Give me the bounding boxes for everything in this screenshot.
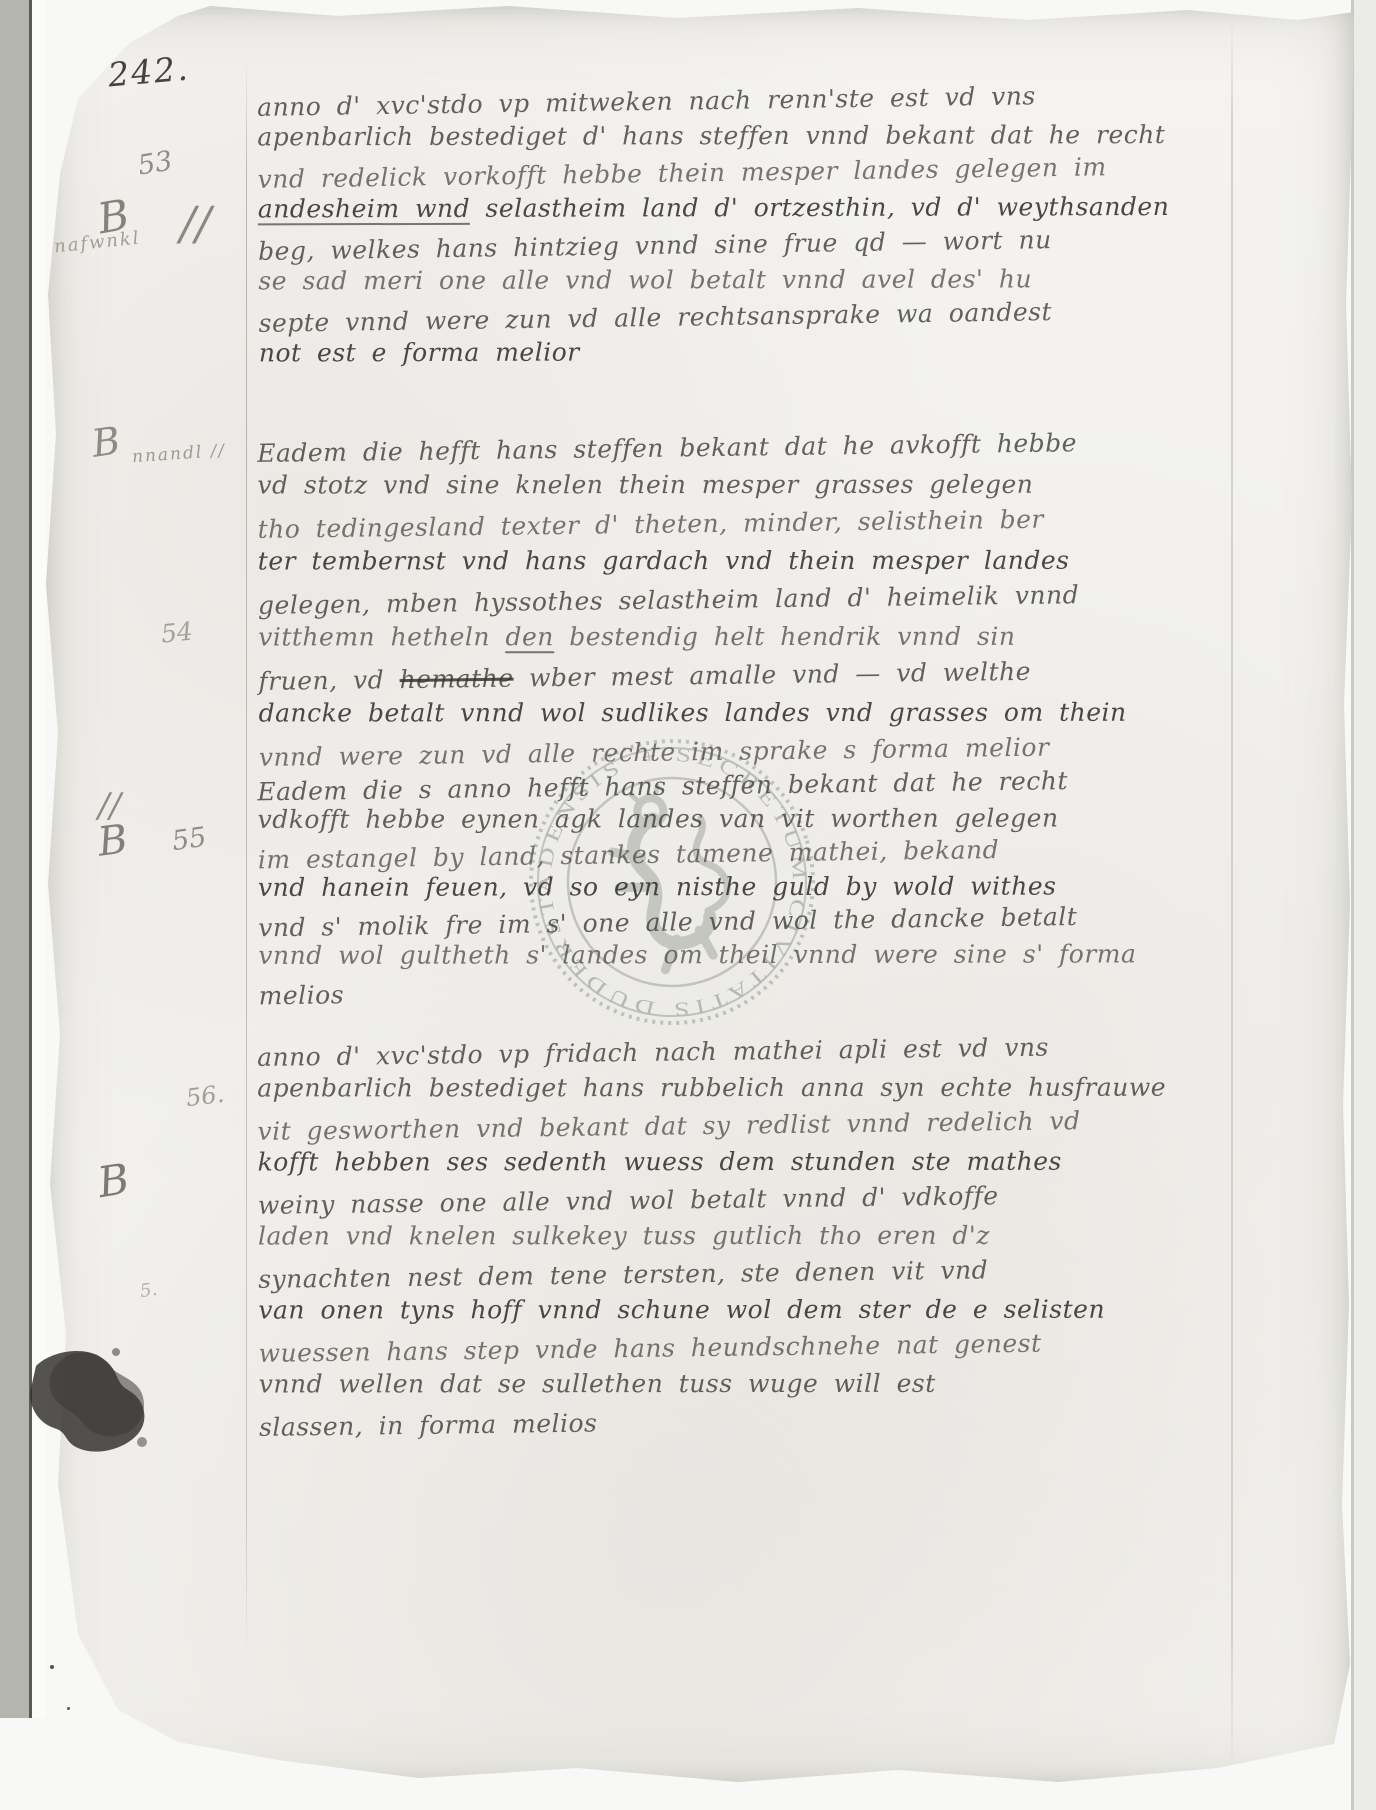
margin-entry-number-56: 56. [184, 1080, 225, 1112]
manuscript-paragraph-4: anno d' xvc'stdo vp fridach nach mathei … [257, 1029, 1317, 1442]
page-right-edge-seam [1351, 0, 1354, 1810]
margin-entry-number-55: 55 [170, 822, 208, 857]
struck-through-word: hemathe [399, 664, 513, 694]
manuscript-line-segment: wber mest amalle vnd — vd welthe [513, 657, 1031, 693]
manuscript-line-segment: bestendig helt hendrik vnnd sin [554, 622, 1016, 651]
underlined-words: andesheim wnd [258, 194, 470, 226]
manuscript-line-segment: fruen, vd [258, 665, 400, 696]
manuscript-paragraph-3: Eadem die s anno hefft hans steffen beka… [257, 765, 1316, 1009]
manuscript-paragraph-2: Eadem die hefft hans steffen bekant dat … [257, 425, 1317, 773]
ink-speck [50, 1665, 54, 1669]
margin-rule-crease [246, 54, 247, 1664]
folio-number: 242. [106, 49, 191, 95]
manuscript-line: not est e forma melior [259, 333, 1317, 372]
margin-faint-mark: 5. [139, 1279, 159, 1302]
adjacent-page-edge [1354, 0, 1376, 1810]
margin-slash-mark: // [180, 196, 211, 250]
manuscript-paragraph-1: anno d' xvc'stdo vp mitweken nach renn's… [257, 78, 1317, 373]
manuscript-line-segment: vitthemn hetheln [258, 622, 505, 651]
manuscript-line-segment: selastheim land d' ortzesthin, vd d' wey… [470, 192, 1169, 223]
ink-blot [24, 1338, 184, 1478]
ink-speck [67, 1707, 70, 1710]
margin-entry-number-54: 54 [160, 616, 195, 648]
underlined-word: den [505, 622, 553, 653]
margin-paragraph-mark: B [95, 816, 130, 865]
margin-entry-number-53: 53 [136, 146, 175, 182]
scanned-manuscript-screenshot: { "scan": { "folio_number": "242.", "mar… [0, 0, 1376, 1810]
margin-paragraph-mark: B [89, 418, 123, 465]
